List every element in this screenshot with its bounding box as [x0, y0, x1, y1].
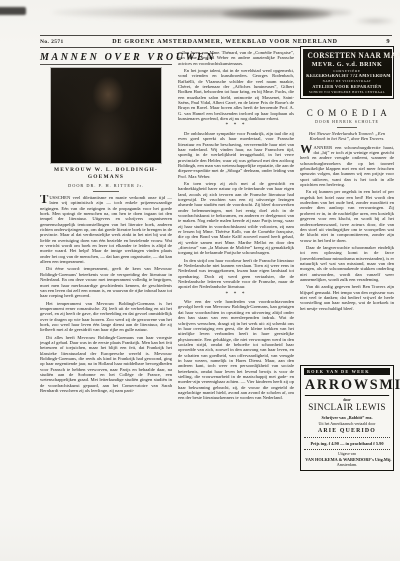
dropcap: T [40, 195, 49, 205]
section-separator: * * * [178, 123, 294, 128]
corsetten-advertisement[interactable]: CORSETTEN NAAR MAAT MEVR. G. v.d. BRINK … [300, 46, 394, 99]
masthead: DE GROENE AMSTERDAMMER, WEEKBLAD VOOR NE… [112, 39, 338, 45]
comoedia-body: WANNEER een schouwburgdirectie haast, da… [300, 145, 394, 361]
headline-rule [40, 64, 172, 65]
arrowsmith-subtitle: Schrijver van „Babbitt” enz. [304, 415, 390, 420]
arrowsmith-publisher: VAN HOLKEMA & WARENDORF's Uitg.Mij. [305, 457, 388, 462]
arrowsmith-price: Prijs ing. f 4.90 — in prachtband f 5.90 [304, 437, 390, 446]
paragraph: WANNEER een schouwburgdirectie haast, da… [300, 145, 394, 188]
paragraph: Dit ééne woord: temperament, geeft de ke… [40, 266, 172, 298]
paragraph: De onbluschbare sympathie voor Frankrijk… [178, 131, 294, 179]
column-2: zullen lezen van Mme. Thénard, van de „C… [178, 50, 294, 471]
paragraph: Het temperament van Mevrouw Boldingh-Goe… [40, 301, 172, 333]
column-2-body: zullen lezen van Mme. Thénard, van de „C… [178, 50, 294, 460]
section-separator: * * * [178, 292, 294, 297]
dropcap: W [300, 145, 314, 155]
paragraph: TUSSCHEN veel dilettantisme en manie ver… [40, 195, 172, 264]
paragraph: En het jonge talent, dat in de wereldsta… [178, 68, 294, 121]
column-1-body: TUSSCHEN veel dilettantisme en manie ver… [40, 195, 172, 467]
paragraph: Wie een der vele honderden van voordrach… [178, 299, 294, 401]
byline-rule [93, 191, 119, 192]
arrowsmith-title: ARROWSMITH [305, 377, 389, 396]
corsetten-ad-location: NABIJ DE VIJZELSTRAAT [304, 79, 391, 83]
scan-artifact [355, 18, 395, 24]
comoedia-title: COMOEDIA [300, 108, 394, 118]
photo-caption: MEVROUW W. L. BOLDINGH- GOEMANS [40, 167, 172, 181]
arrowsmith-translator: ARIE QUERIDO [304, 428, 390, 434]
arrowsmith-uitgave: Uitgave van [304, 449, 390, 456]
corsetten-ad-title: CORSETTEN NAAR MAAT [307, 51, 387, 60]
photo-caption-line1: MEVROUW W. L. BOLDINGH- [40, 167, 172, 174]
scan-artifact [0, 7, 26, 15]
corsetten-ad-note: SCHUIN T/O VROEGERE HOTEL CENTRAAL [304, 90, 391, 94]
column-1: MANNEN OVER VROUWEN MEVROUW W. L. BOLDIN… [40, 50, 172, 471]
arrowsmith-banner: BOEK VAN DE WEEK [304, 368, 390, 375]
newspaper-page: No. 2571 DE GROENE AMSTERDAMMER, WEEKBLA… [0, 0, 400, 561]
arrowsmith-advertisement[interactable]: BOEK VAN DE WEEK ARROWSMITH door SINCLAI… [300, 365, 394, 472]
corsetten-ad-atelier: ATELIER VOOR REPARATIËN [304, 84, 391, 89]
arrowsmith-translation-note: Uit het Amerikaansch vertaald door [304, 421, 390, 426]
article-columns: MANNEN OVER VROUWEN MEVROUW W. L. BOLDIN… [40, 50, 394, 471]
article-headline: MANNEN OVER VROUWEN [40, 52, 172, 63]
issue-number: No. 2571 [40, 39, 64, 45]
paragraph: Daar de langverwachte schoonmaker eindel… [300, 245, 394, 282]
comoedia-intro: Het Nieuwe Nederlandsch Tooneel: „Een Ko… [302, 131, 392, 142]
arrowsmith-door: door [304, 398, 390, 402]
paragraph: En zij kunnen per ongeluk in een hotel o… [300, 189, 394, 242]
photo-caption-line2: GOEMANS [40, 174, 172, 181]
article-byline: DOOR DR. P. H. RITTER Jr. [40, 183, 172, 188]
portrait-photo [51, 68, 161, 163]
paragraph: In den strijd om haar voorkeur heeft de … [178, 258, 294, 290]
comoedia-section: COMOEDIA DOOR HENRIK SCHOLTE Het Nieuwe … [300, 108, 394, 361]
paragraph: En toen wierp zij zich met al de geestdr… [178, 181, 294, 256]
paragraph: Van dit aardig gegeven heeft Ben Travers… [300, 284, 394, 311]
paragraph: Dit alles heeft Mevrouw Boldingh-Goemans… [40, 335, 172, 394]
arrowsmith-city: Amsterdam. [304, 462, 390, 467]
comoedia-rule [337, 127, 357, 128]
scan-artifact [222, 8, 332, 20]
page-number: 9 [386, 38, 392, 45]
corsetten-ad-inner: CORSETTEN NAAR MAAT MEVR. G. v.d. BRINK … [303, 49, 392, 97]
corsetten-ad-role: CORSETIÈRE [304, 69, 391, 73]
arrowsmith-author: SINCLAIR LEWIS [306, 403, 389, 413]
corsetten-ad-name: MEVR. G. v.d. BRINK [304, 61, 391, 68]
paragraph: zullen lezen van Mme. Thénard, van de „C… [178, 50, 294, 66]
column-3: CORSETTEN NAAR MAAT MEVR. G. v.d. BRINK … [300, 50, 394, 471]
comoedia-byline: DOOR HENRIK SCHOLTE [300, 120, 394, 124]
corsetten-ad-address: KEIZERSGRACHT 772 AMSTERDAM [306, 74, 389, 79]
